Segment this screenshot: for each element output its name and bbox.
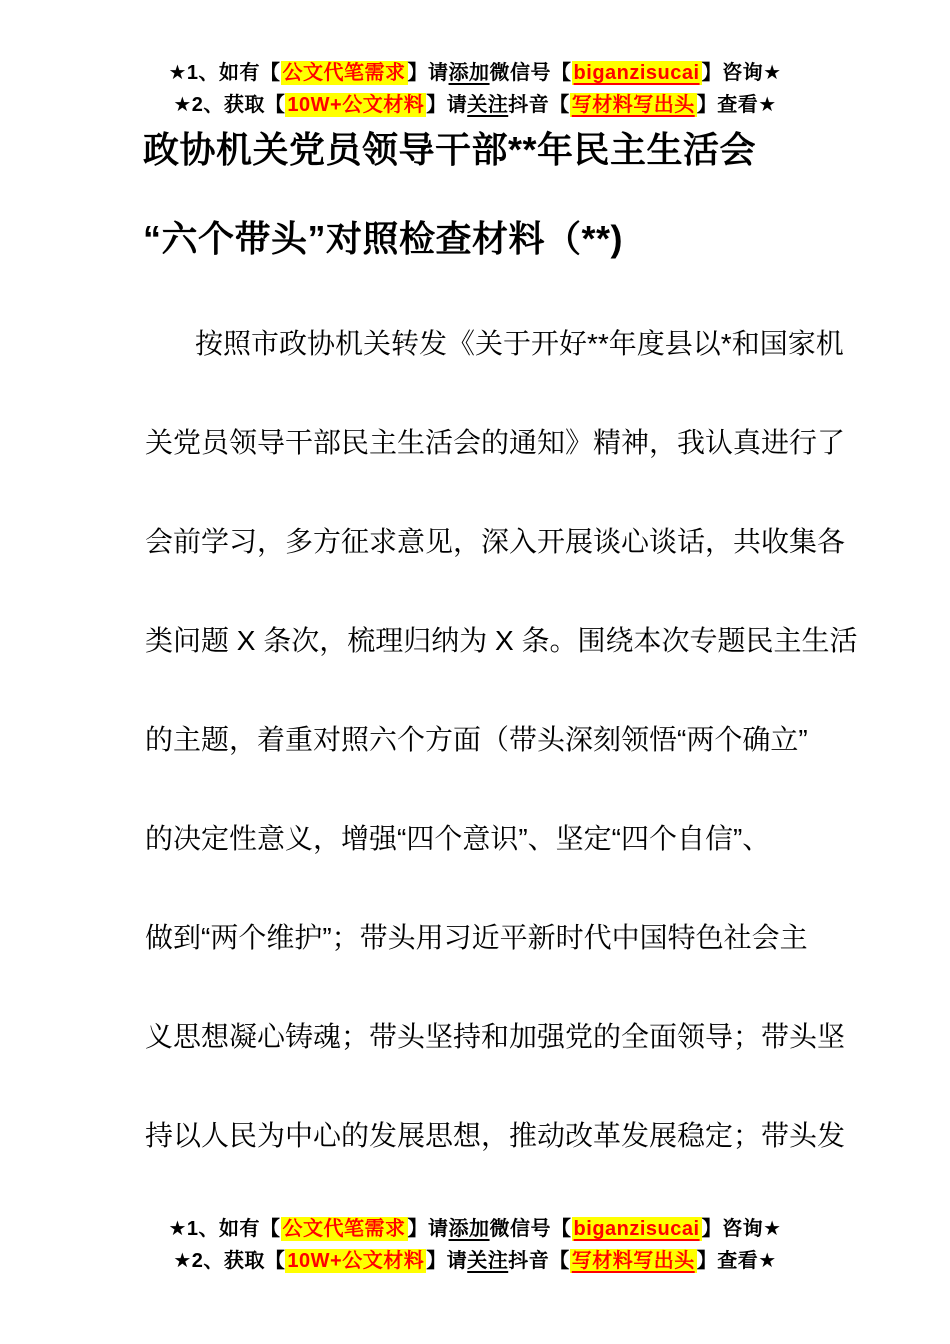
promo-text: 抖音【 <box>508 94 570 116</box>
body-line: 持以人民为中心的发展思想，推动改革发展稳定；带头发 <box>145 1086 810 1185</box>
body-line: 类问题 X 条次，梳理归纳为 X 条。围绕本次专题民主生活 <box>145 591 810 690</box>
document-page: ★1、如有【公文代笔需求】请添加微信号【biganzisucai】咨询★ ★2、… <box>0 0 950 1344</box>
promo-text: 】请 <box>408 62 449 84</box>
promo-underline-follow: 关注 <box>467 1250 508 1272</box>
body-paragraph: 按照市政协机关转发《关于开好**年度县以*和国家机 关党员领导干部民主生活会的通… <box>145 294 810 1185</box>
document-title-line-1: 政协机关党员领导干部**年民主生活会 <box>143 127 756 172</box>
promo-text: ★2、获取【 <box>173 1250 285 1272</box>
promo-text: 】请 <box>408 1218 449 1240</box>
promo-text: 微信号【 <box>490 62 572 84</box>
promo-text: 】查看★ <box>697 1250 777 1272</box>
promo-banner-top: ★1、如有【公文代笔需求】请添加微信号【biganzisucai】咨询★ ★2、… <box>0 57 950 121</box>
promo-banner-line-2: ★2、获取【10W+公文材料】请关注抖音【写材料写出头】查看★ <box>0 1245 950 1277</box>
promo-text: ★1、如有【 <box>168 62 280 84</box>
promo-banner-bottom: ★1、如有【公文代笔需求】请添加微信号【biganzisucai】咨询★ ★2、… <box>0 1213 950 1277</box>
promo-text: 】查看★ <box>697 94 777 116</box>
promo-text: ★1、如有【 <box>168 1218 280 1240</box>
body-line: 的主题，着重对照六个方面（带头深刻领悟“两个确立” <box>145 690 810 789</box>
promo-text: 】咨询★ <box>702 1218 782 1240</box>
promo-banner-line-1: ★1、如有【公文代笔需求】请添加微信号【biganzisucai】咨询★ <box>0 1213 950 1245</box>
promo-highlight-service: 公文代笔需求 <box>281 1217 408 1241</box>
promo-text: 微信号【 <box>490 1218 572 1240</box>
promo-underline-follow: 关注 <box>467 94 508 116</box>
promo-text: 】请 <box>426 1250 467 1272</box>
body-line: 关党员领导干部民主生活会的通知》精神，我认真进行了 <box>145 393 810 492</box>
promo-banner-line-1: ★1、如有【公文代笔需求】请添加微信号【biganzisucai】咨询★ <box>0 57 950 89</box>
body-line: 按照市政协机关转发《关于开好**年度县以*和国家机 <box>145 294 810 393</box>
body-line: 做到“两个维护”；带头用习近平新时代中国特色社会主 <box>145 888 810 987</box>
promo-wechat-id: biganzisucai <box>572 61 702 85</box>
promo-underline-add: 添加 <box>449 62 490 84</box>
promo-highlight-service: 公文代笔需求 <box>281 61 408 85</box>
promo-douyin-id: 写材料写出头 <box>570 93 697 117</box>
promo-highlight-materials: 10W+公文材料 <box>285 93 426 117</box>
promo-text: 】咨询★ <box>702 62 782 84</box>
body-line: 会前学习，多方征求意见，深入开展谈心谈话，共收集各 <box>145 492 810 591</box>
promo-text: 抖音【 <box>508 1250 570 1272</box>
promo-douyin-id: 写材料写出头 <box>570 1249 697 1273</box>
promo-text: 】请 <box>426 94 467 116</box>
promo-underline-add: 添加 <box>449 1218 490 1240</box>
document-title-line-2: “六个带头”对照检查材料（**) <box>143 216 623 261</box>
promo-banner-line-2: ★2、获取【10W+公文材料】请关注抖音【写材料写出头】查看★ <box>0 89 950 121</box>
body-line: 义思想凝心铸魂；带头坚持和加强党的全面领导；带头坚 <box>145 987 810 1086</box>
promo-text: ★2、获取【 <box>173 94 285 116</box>
promo-wechat-id: biganzisucai <box>572 1217 702 1241</box>
promo-highlight-materials: 10W+公文材料 <box>285 1249 426 1273</box>
body-line: 的决定性意义，增强“四个意识”、坚定“四个自信”、 <box>145 789 810 888</box>
